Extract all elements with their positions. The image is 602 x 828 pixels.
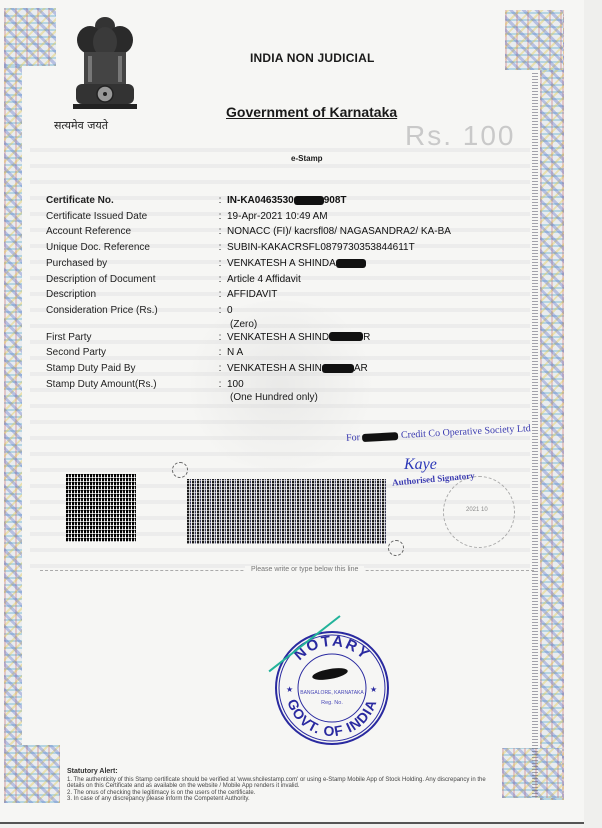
second-party: N A [227,345,506,361]
certificate-details: Certificate No.: IN-KA0463530908T Certif… [46,193,506,403]
right-security-border [540,10,564,800]
detail-row-second-party: Second Party: N A [46,345,506,361]
bottom-left-security-block [4,745,60,803]
description-of-document: Article 4 Affidavit [227,272,506,288]
signature: Kaye [404,456,437,474]
consideration-price-words: (Zero) [230,319,506,330]
notary-reg: Reg. No. [321,700,343,706]
title-government: Government of Karnataka [226,104,397,120]
title-india-non-judicial: INDIA NON JUDICIAL [250,51,375,65]
alert-item: 3. In case of any discrepancy please inf… [67,796,487,803]
detail-row-account-reference: Account Reference: NONACC (FI)/ kacrsfl0… [46,224,506,240]
account-reference: NONACC (FI)/ kacrsfl08/ NAGASANDRA2/ KA-… [227,224,506,240]
stamp-duty-amount-words: (One Hundred only) [230,392,506,403]
notary-top-text: NOTARY [291,633,374,664]
issued-date: 19-Apr-2021 10:49 AM [227,209,506,225]
top-left-security-block [4,8,56,66]
detail-row-stamp-duty-amount: Stamp Duty Amount(Rs.): 100 [46,377,506,393]
redaction [336,259,366,268]
detail-row-consideration-price: Consideration Price (Rs.): 0 [46,303,506,319]
qr-code [66,474,136,542]
detail-row-unique-doc-reference: Unique Doc. Reference: SUBIN-KAKACRSFL08… [46,240,506,256]
detail-row-issued-date: Certificate Issued Date: 19-Apr-2021 10:… [46,209,506,225]
write-below-text: Please write or type below this line [245,566,364,573]
watermark-value: Rs. 100 [405,120,516,152]
detail-row-certificate-no: Certificate No.: IN-KA0463530908T [46,193,506,209]
redaction [294,196,324,205]
estamp-certificate: Rs. 100 सत्यमेव जयते INDIA NON JUDICIAL … [0,0,585,824]
round-date-seal: 2021 10 [443,476,515,548]
consideration-price: 0 [227,303,506,319]
purchased-by: VENKATESH A SHINDA [227,258,336,269]
left-security-border [4,8,22,768]
registration-mark-icon [388,540,404,556]
stamp-duty-amount: 100 [227,377,506,393]
unique-doc-reference: SUBIN-KAKACRSFL0879730353844611T [227,240,506,256]
emblem-motto: सत्यमेव जयते [54,118,108,133]
alert-item: 1. The authenticity of this Stamp certif… [67,777,487,790]
svg-text:NOTARY: NOTARY [291,633,374,664]
svg-text:★: ★ [370,685,377,694]
microprint-strip [532,72,538,797]
detail-row-first-party: First Party: VENKATESH A SHINDR [46,330,506,346]
top-right-security-block [505,10,563,70]
redaction [322,364,354,373]
page-edge [584,0,602,828]
certificate-number: IN-KA0463530 [227,195,294,206]
stamp-duty-paid-by: VENKATESH A SHIN [227,363,322,374]
redaction [362,432,398,442]
notary-city: BANGALORE, KARNATAKA [300,690,364,696]
first-party: VENKATESH A SHIND [227,332,329,343]
registration-mark-icon [172,462,188,478]
security-barcode [187,479,386,544]
detail-row-stamp-duty-paid-by: Stamp Duty Paid By: VENKATESH A SHINAR [46,361,506,377]
detail-row-description: Description: AFFIDAVIT [46,287,506,303]
notary-seal: NOTARY GOVT. OF INDIA ★ ★ BANGALORE, KAR… [272,628,392,748]
statutory-alert: Statutory Alert: 1. The authenticity of … [67,769,487,803]
redaction [329,332,363,341]
description: AFFIDAVIT [227,287,506,303]
national-emblem-icon [70,12,140,112]
detail-row-purchased-by: Purchased by: VENKATESH A SHINDA [46,256,506,272]
subtitle-estamp: e-Stamp [291,154,323,163]
svg-text:★: ★ [286,685,293,694]
detail-row-description-of-document: Description of Document: Article 4 Affid… [46,272,506,288]
